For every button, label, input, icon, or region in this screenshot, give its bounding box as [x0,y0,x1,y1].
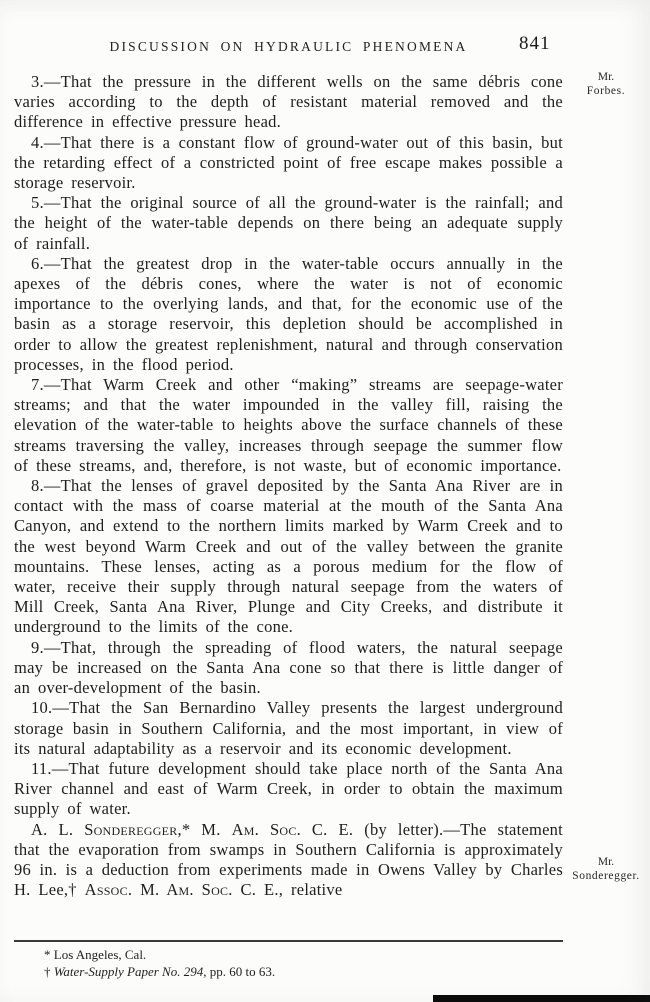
footnote-text: , pp. 60 to 63. [203,964,275,979]
paragraph: 9.—That, through the spreading of flood … [14,638,563,699]
margin-note-name: Sonderegger. [562,869,650,883]
byline-segment: ,* M. [177,820,231,839]
footnote-marker: † [44,964,54,979]
paragraph: 8.—That the lenses of gravel deposited b… [14,476,563,638]
margin-note-prefix: Mr. [562,855,650,869]
footnotes: * Los Angeles, Cal.† Water-Supply Paper … [14,946,563,980]
paragraph: 7.—That Warm Creek and other “making” st… [14,375,563,476]
byline-paragraph: A. L. Sonderegger,* M. Am. Soc. C. E. (b… [14,820,563,901]
byline-segment: Assoc. M. Am. Soc. C. E. [85,880,279,899]
margin-note-forbes: Mr. Forbes. [562,70,650,98]
scan-edge-artifact [433,995,650,1002]
paragraph: 11.—That future development should take … [14,759,563,820]
body-text: 3.—That the pressure in the different we… [14,72,563,900]
footnote-text: Los Angeles, Cal. [54,947,146,962]
footnote: * Los Angeles, Cal. [14,946,563,963]
byline-segment: Sonderegger [84,820,177,839]
running-title: DISCUSSION ON HYDRAULIC PHENOMENA [14,39,563,55]
footnote: † Water-Supply Paper No. 294, pp. 60 to … [14,963,563,980]
page-number: 841 [519,33,565,55]
book-page: DISCUSSION ON HYDRAULIC PHENOMENA 841 3.… [0,0,650,1002]
footnote-text: Water-Supply Paper No. 294 [54,964,203,979]
margin-note-prefix: Mr. [562,70,650,84]
margin-note-name: Forbes. [562,84,650,98]
byline-segment: A. L. [31,820,84,839]
footnote-marker: * [44,947,54,962]
paragraph: 6.—That the greatest drop in the water-t… [14,254,563,375]
paragraph: 4.—That there is a constant flow of grou… [14,133,563,194]
byline-segment: , relative [279,880,343,899]
paragraph: 10.—That the San Bernardino Valley prese… [14,698,563,759]
byline-segment: Am. Soc. C. E. [232,820,354,839]
paragraph: 5.—That the original source of all the g… [14,193,563,254]
footnote-rule [14,940,563,942]
margin-note-sonderegger: Mr. Sonderegger. [562,855,650,883]
paragraph: 3.—That the pressure in the different we… [14,72,563,133]
